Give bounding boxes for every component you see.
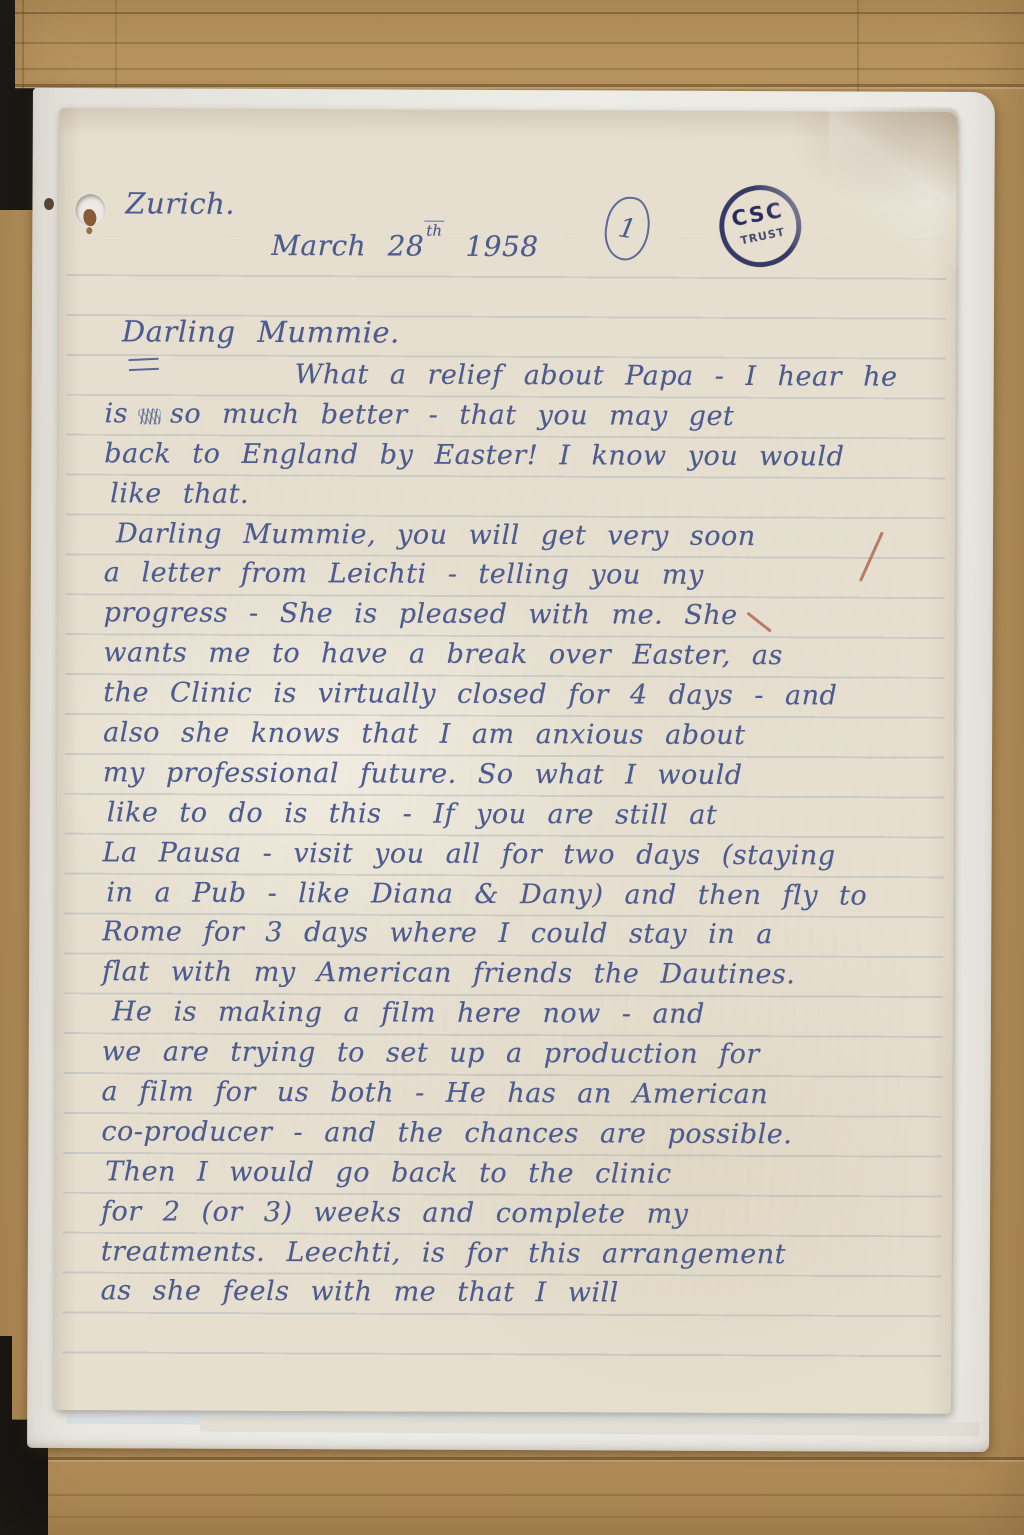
body-line: co-producer - and the chances are possib… — [101, 1112, 938, 1156]
hole-punch-icon — [75, 194, 105, 226]
body-line: for 2 (or 3) weeks and complete my — [101, 1192, 938, 1236]
body-line: What a relief about Papa - I hear he — [105, 354, 942, 398]
body-line: He is making a film here now - and — [102, 992, 939, 1036]
body-line: treatments. Leechti, is for this arrange… — [101, 1232, 938, 1276]
body-line-fragment: so much better - that you may get — [170, 398, 734, 431]
body-line: like to do is this - If you are still at — [103, 793, 940, 837]
folder-crease — [115, 0, 117, 92]
body-line: isso much better - that you may get — [104, 394, 941, 438]
date-day: March 28 — [271, 229, 424, 263]
page-number: 1 — [616, 212, 638, 246]
letter-body: What a relief about Papa - I hear he iss… — [101, 354, 942, 1315]
body-line: La Pausa - visit you all for two days (s… — [103, 833, 940, 877]
folder-crease — [0, 12, 1024, 14]
body-line: as she feels with me that I will — [101, 1272, 938, 1316]
body-line: Then I would go back to the clinic — [101, 1152, 938, 1196]
body-line: in a Pub - like Diana & Dany) and then f… — [102, 873, 939, 917]
date-year: 1958 — [465, 230, 538, 263]
folder-crease — [0, 1494, 1024, 1496]
folder-crease — [0, 1516, 1024, 1518]
body-line: back to England by Easter! I know you wo… — [104, 434, 941, 478]
paper-edge-stain — [44, 198, 54, 210]
body-line: wants me to have a break over Easter, as — [103, 633, 940, 677]
body-line: we are trying to set up a production for — [102, 1032, 939, 1076]
date-line: March 28th 1958 — [271, 229, 539, 263]
crossed-out-scribble — [138, 408, 160, 424]
folder-crease — [857, 0, 859, 98]
body-line: like that. — [104, 474, 941, 518]
folder-crease — [0, 1460, 1024, 1462]
folder-crease — [22, 0, 24, 96]
body-line-fragment: is — [104, 398, 128, 429]
folder-crease — [0, 42, 1024, 44]
body-line: also she knows that I am anxious about — [103, 713, 940, 757]
letter-page: Zurich. March 28th 1958 1 CSC TRUST Darl… — [54, 108, 957, 1414]
csc-trust-stamp-icon: CSC TRUST — [711, 177, 810, 276]
greeting: Darling Mummie. — [122, 314, 400, 349]
place-line: Zurich. — [125, 186, 235, 220]
body-line: the Clinic is virtually closed for 4 day… — [103, 673, 940, 717]
body-line: Rome for 3 days where I could stay in a — [102, 913, 939, 957]
body-line: Darling Mummie, you will get very soon — [104, 514, 941, 558]
folder-crease — [0, 68, 1024, 70]
body-line: progress - She is pleased with me. She — [104, 594, 941, 638]
body-line: my professional future. So what I would — [103, 753, 940, 797]
scanned-letter-document: Zurich. March 28th 1958 1 CSC TRUST Darl… — [0, 0, 1024, 1535]
body-line: a film for us both - He has an American — [101, 1072, 938, 1116]
body-line: flat with my American friends the Dautin… — [102, 953, 939, 997]
date-ordinal: th — [424, 220, 444, 239]
body-line: a letter from Leichti - telling you my — [104, 554, 941, 598]
page-number-circle: 1 — [600, 193, 655, 264]
